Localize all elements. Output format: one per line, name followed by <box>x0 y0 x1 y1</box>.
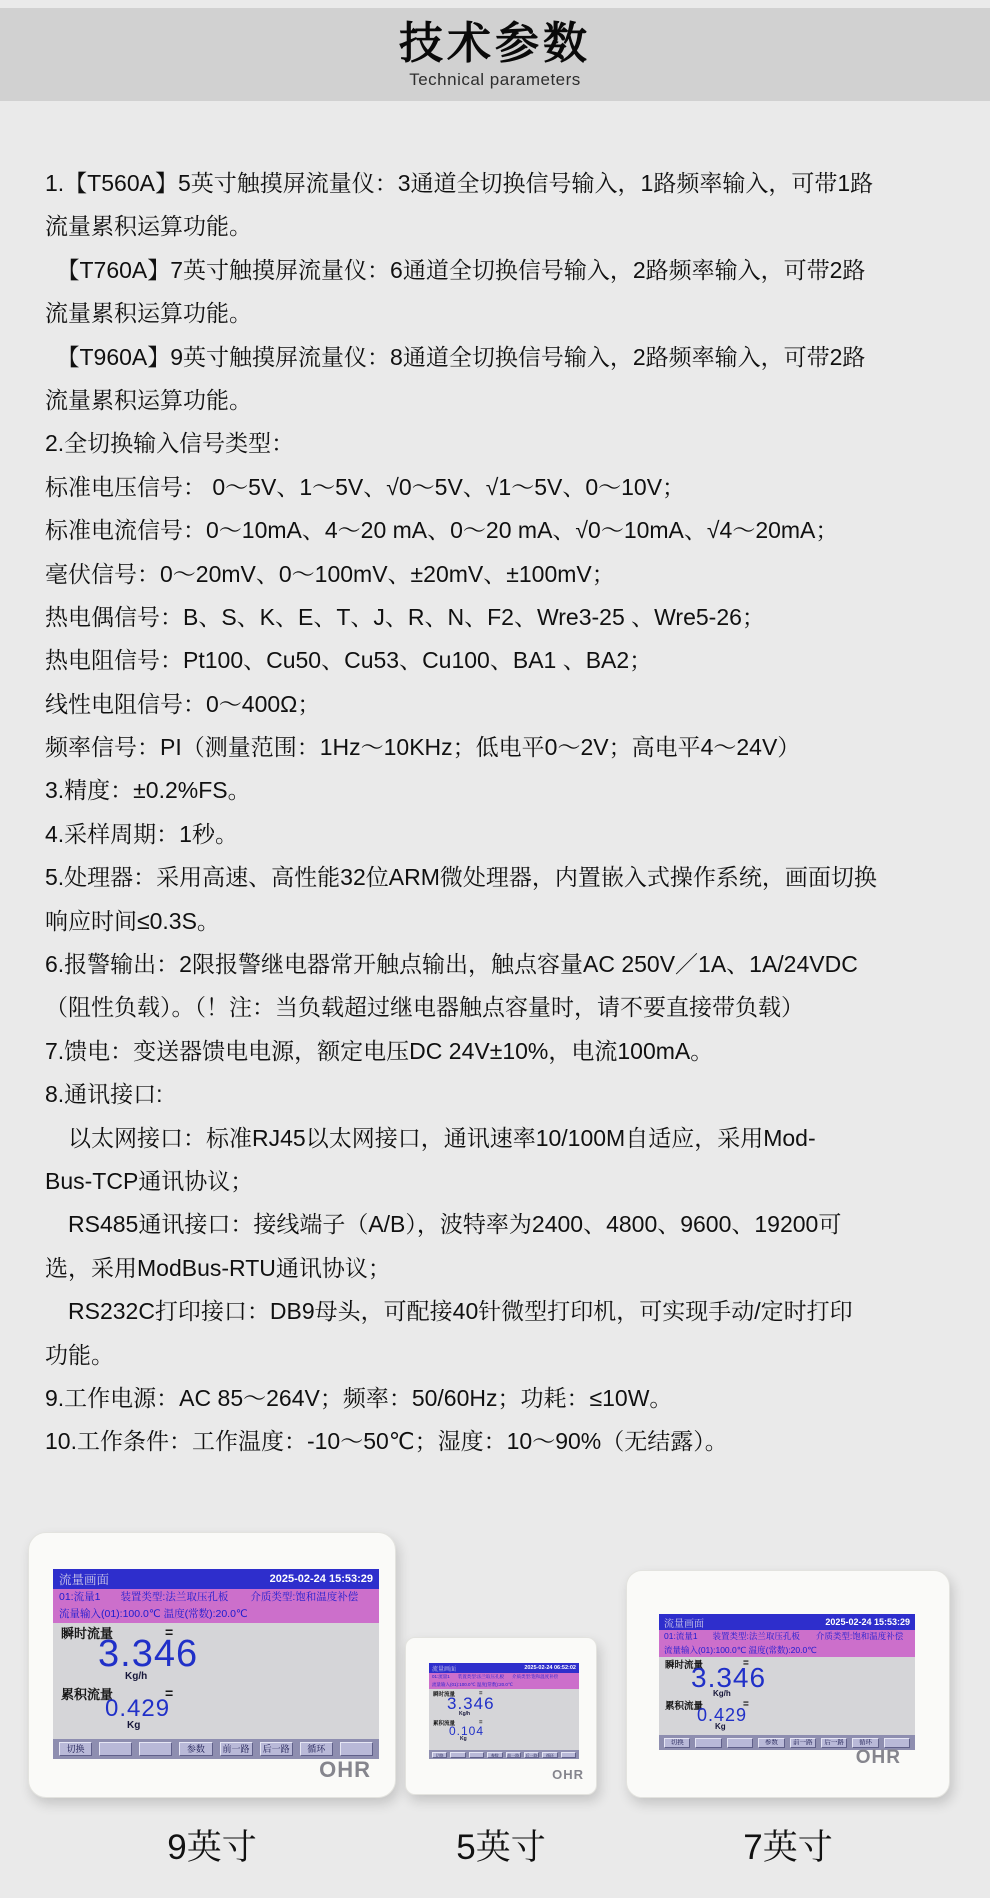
instant-flow-value: 3.346 <box>429 1697 579 1711</box>
device-caption-7inch: 7英寸 <box>626 1820 950 1870</box>
spec-text-block: 1.【T560A】5英寸触摸屏流量仪：3通道全切换信号输入，1路频率输入，可带1… <box>45 162 950 1464</box>
screen-info-row-1: 01:流量1 装置类型:法兰取压孔板 介质类型:饱和温度补偿 <box>53 1589 379 1606</box>
total-flow-value: 0.429 <box>659 1708 915 1722</box>
spec-line: 标准电压信号： 0～5V、1～5V、√0～5V、√1～5V、0～10V； <box>45 466 950 509</box>
page-title: 技术参数 <box>0 8 990 66</box>
screen-info-row-1: 01:流量1 装置类型:法兰取压孔板 介质类型:饱和温度补偿 <box>659 1630 915 1644</box>
screen-button: 循环 <box>852 1738 878 1748</box>
device-photo-9inch: 流量画面 2025-02-24 15:53:29 01:流量1 装置类型:法兰取… <box>28 1532 396 1798</box>
screen-button: 后一路 <box>260 1742 293 1756</box>
screen-info-row-2: 流量输入(01):100.0℃ 温度(常数):20.0℃ <box>53 1606 379 1623</box>
screen-button-bar: 切换参数前一路后一路循环 <box>429 1750 579 1759</box>
spec-line: 热电偶信号：B、S、K、E、T、J、R、N、F2、Wre3-25 、Wre5-2… <box>45 596 950 639</box>
spec-line: 以太网接口：标准RJ45以太网接口，通讯速率10/100M自适应，采用Mod- <box>45 1117 950 1160</box>
screen-info-row-1: 01:流量1 装置类型:法兰取压孔板 介质类型:饱和温度补偿 <box>429 1673 579 1681</box>
screen-button <box>561 1752 576 1758</box>
spec-line: 毫伏信号：0～20mV、0～100mV、±20mV、±100mV； <box>45 553 950 596</box>
screen-button: 前一路 <box>790 1738 816 1748</box>
screen-button: 前一路 <box>220 1742 253 1756</box>
spec-line: 流量累积运算功能。 <box>45 379 950 422</box>
screen-titlebar: 流量画面 2025-02-24 06:52:02 <box>429 1663 579 1673</box>
screen-timestamp: 2025-02-24 15:53:29 <box>825 1617 910 1627</box>
screen-button <box>884 1738 910 1748</box>
spec-line: 功能。 <box>45 1334 950 1377</box>
screen-title: 流量画面 <box>664 1615 704 1630</box>
spec-line: 9.工作电源：AC 85～264V；频率：50/60Hz；功耗：≤10W。 <box>45 1377 950 1420</box>
spec-line: 线性电阻信号：0～400Ω； <box>45 683 950 726</box>
screen-info-row-2: 流量输入(01):100.0℃ 温度(常数):20.0℃ <box>429 1681 579 1689</box>
screen-button: 参数 <box>758 1738 784 1748</box>
total-flow-unit: Kg <box>53 1719 379 1733</box>
page-subtitle: Technical parameters <box>0 70 990 90</box>
ohr-logo: OHR <box>856 1747 901 1769</box>
spec-line: 【T960A】9英寸触摸屏流量仪：8通道全切换信号输入，2路频率输入，可带2路 <box>45 336 950 379</box>
screen-title: 流量画面 <box>432 1664 456 1673</box>
device-photo-5inch: 流量画面 2025-02-24 06:52:02 01:流量1 装置类型:法兰取… <box>405 1637 597 1795</box>
instant-flow-value: 3.346 <box>659 1667 915 1689</box>
screen-button-bar: 切换参数前一路后一路循环 <box>53 1739 379 1759</box>
device-screen-9inch: 流量画面 2025-02-24 15:53:29 01:流量1 装置类型:法兰取… <box>53 1569 379 1759</box>
screen-button: 切换 <box>432 1752 447 1758</box>
screen-button: 参数 <box>487 1752 502 1758</box>
spec-line: 流量累积运算功能。 <box>45 205 950 248</box>
spec-line: 8.通讯接口: <box>45 1073 950 1116</box>
device-screen-7inch: 流量画面 2025-02-24 15:53:29 01:流量1 装置类型:法兰取… <box>659 1614 915 1750</box>
screen-button: 切换 <box>59 1742 92 1756</box>
spec-line: 标准电流信号：0～10mA、4～20 mA、0～20 mA、√0～10mA、√4… <box>45 509 950 552</box>
screen-button: 循环 <box>542 1752 557 1758</box>
screen-button <box>727 1738 753 1748</box>
screen-main-area: 瞬时流量 = 3.346 Kg/h 累积流量 = 0.429 Kg <box>53 1623 379 1739</box>
screen-button: 参数 <box>179 1742 212 1756</box>
screen-titlebar: 流量画面 2025-02-24 15:53:29 <box>659 1614 915 1630</box>
medium-type-label: 介质类型:饱和温度补偿 <box>250 1589 358 1606</box>
screen-button: 前一路 <box>506 1752 521 1758</box>
screen-button: 后一路 <box>821 1738 847 1748</box>
screen-button <box>99 1742 132 1756</box>
screen-button <box>450 1752 465 1758</box>
spec-line: 4.采样周期：1秒。 <box>45 813 950 856</box>
spec-line: 流量累积运算功能。 <box>45 292 950 335</box>
device-type-label: 装置类型:法兰取压孔板 <box>120 1589 228 1606</box>
channel-label: 01:流量1 <box>432 1673 450 1681</box>
instant-flow-value: 3.346 <box>53 1638 379 1670</box>
screen-main-area: 瞬时流量 = 3.346 Kg/h 累积流量 = 0.104 Kg <box>429 1689 579 1750</box>
ohr-logo: OHR <box>319 1757 371 1783</box>
spec-line: 频率信号：PI（测量范围：1Hz～10KHz；低电平0～2V；高电平4～24V） <box>45 726 950 769</box>
device-caption-9inch: 9英寸 <box>28 1820 396 1870</box>
spec-line: 7.馈电：变送器馈电电源，额定电压DC 24V±10%，电流100mA。 <box>45 1030 950 1073</box>
screen-main-area: 瞬时流量 = 3.346 Kg/h 累积流量 = 0.429 Kg <box>659 1657 915 1735</box>
spec-line: 响应时间≤0.3S。 <box>45 900 950 943</box>
spec-line: 3.精度：±0.2%FS。 <box>45 769 950 812</box>
spec-line: 【T760A】7英寸触摸屏流量仪：6通道全切换信号输入，2路频率输入，可带2路 <box>45 249 950 292</box>
screen-info-row-2: 流量输入(01):100.0℃ 温度(常数):20.0℃ <box>659 1644 915 1658</box>
total-flow-row: 累积流量 = <box>53 1684 379 1699</box>
screen-title: 流量画面 <box>59 1570 109 1588</box>
device-screen-5inch: 流量画面 2025-02-24 06:52:02 01:流量1 装置类型:法兰取… <box>429 1663 579 1759</box>
spec-line: 5.处理器：采用高速、高性能32位ARM微处理器，内置嵌入式操作系统，画面切换 <box>45 856 950 899</box>
spec-line: 热电阻信号：Pt100、Cu50、Cu53、Cu100、BA1 、BA2； <box>45 639 950 682</box>
spec-line: Bus-TCP通讯协议； <box>45 1160 950 1203</box>
screen-button <box>139 1742 172 1756</box>
screen-button <box>695 1738 721 1748</box>
screen-button: 循环 <box>300 1742 333 1756</box>
screen-button: 后一路 <box>524 1752 539 1758</box>
screen-titlebar: 流量画面 2025-02-24 15:53:29 <box>53 1569 379 1589</box>
channel-label: 01:流量1 <box>664 1630 698 1644</box>
spec-line: 6.报警输出：2限报警继电器常开触点输出，触点容量AC 250V／1A、1A/2… <box>45 943 950 986</box>
screen-button: 切换 <box>664 1738 690 1748</box>
channel-label: 01:流量1 <box>59 1589 100 1606</box>
spec-line: 1.【T560A】5英寸触摸屏流量仪：3通道全切换信号输入，1路频率输入，可带1… <box>45 162 950 205</box>
total-flow-value: 0.104 <box>429 1726 579 1736</box>
spec-line: 2.全切换输入信号类型： <box>45 422 950 465</box>
ohr-logo: OHR <box>552 1767 584 1782</box>
spec-line: 10.工作条件：工作温度：-10～50℃；湿度：10～90%（无结露）。 <box>45 1420 950 1463</box>
device-caption-5inch: 5英寸 <box>405 1820 597 1870</box>
medium-type-label: 介质类型:饱和温度补偿 <box>512 1673 558 1681</box>
screen-timestamp: 2025-02-24 15:53:29 <box>270 1573 373 1585</box>
screen-button <box>469 1752 484 1758</box>
medium-type-label: 介质类型:饱和温度补偿 <box>816 1630 903 1644</box>
device-type-label: 装置类型:法兰取压孔板 <box>458 1673 504 1681</box>
device-photo-7inch: 流量画面 2025-02-24 15:53:29 01:流量1 装置类型:法兰取… <box>626 1570 950 1798</box>
device-type-label: 装置类型:法兰取压孔板 <box>713 1630 800 1644</box>
spec-line: 选，采用ModBus-RTU通讯协议； <box>45 1247 950 1290</box>
spec-line: （阻性负载）。（！注：当负载超过继电器触点容量时，请不要直接带负载） <box>45 986 950 1029</box>
spec-sheet-page: 技术参数 Technical parameters 1.【T560A】5英寸触摸… <box>0 0 990 1898</box>
page-header: 技术参数 Technical parameters <box>0 8 990 101</box>
screen-button <box>340 1742 373 1756</box>
screen-timestamp: 2025-02-24 06:52:02 <box>524 1665 576 1671</box>
spec-line: RS232C打印接口：DB9母头，可配接40针微型打印机，可实现手动/定时打印 <box>45 1290 950 1333</box>
spec-line: RS485通讯接口：接线端子（A/B），波特率为2400、4800、9600、1… <box>45 1203 950 1246</box>
